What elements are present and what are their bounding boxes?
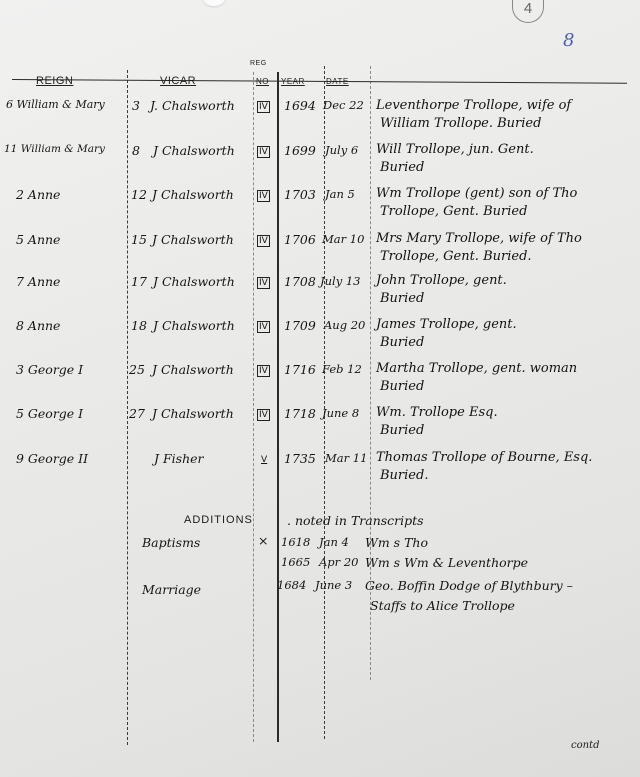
entry-cell: Wm Trollope (gent) son of Tho Trollope, … xyxy=(376,185,577,221)
date-cell: June 3 xyxy=(315,578,352,592)
register-cell: IV xyxy=(257,146,270,158)
additions-label: Marriage xyxy=(142,582,201,597)
entry-line: Thomas Trollope of Bourne, Esq. xyxy=(376,449,592,467)
column-rule-reg-year xyxy=(277,72,279,742)
date-cell: Apr 20 xyxy=(319,555,358,569)
vicar-cell: J Chalsworth xyxy=(153,143,235,158)
reign-cell: 6 William & Mary xyxy=(6,98,105,111)
entry-line: Wm Trollope (gent) son of Tho xyxy=(376,185,577,203)
entry-line: John Trollope, gent. xyxy=(376,272,507,290)
header-vicar: VICAR xyxy=(160,75,196,87)
vicar-cell: J Chalsworth xyxy=(153,318,235,333)
header-date: DATE xyxy=(326,77,349,86)
year-cell: 1665 xyxy=(281,555,310,569)
entry-cell: Leventhorpe Trollope, wife of William Tr… xyxy=(376,97,571,133)
column-rule-vicar-reg xyxy=(253,72,254,742)
year-cell: 1708 xyxy=(284,274,316,289)
additions-title: ADDITIONS xyxy=(184,514,253,526)
reign-cell: 5 George I xyxy=(16,406,83,421)
year-cell: 1706 xyxy=(284,232,316,247)
date-cell: Jan 5 xyxy=(325,187,355,201)
vicar-cell: J Fisher xyxy=(154,451,204,466)
entry-line: James Trollope, gent. xyxy=(376,316,517,334)
year-cell: 1618 xyxy=(281,535,310,549)
entry-cell: Geo. Boffin Dodge of Blythbury – xyxy=(365,578,573,593)
entry-line: Will Trollope, jun. Gent. xyxy=(376,141,534,159)
entry-cell: Wm s Tho xyxy=(365,535,428,550)
register-cell: IV xyxy=(257,365,270,377)
register-cell: IV xyxy=(257,321,270,333)
date-cell: Dec 22 xyxy=(323,98,364,112)
reign-cell: 5 Anne xyxy=(16,232,60,247)
reign-cell: 8 Anne xyxy=(16,318,60,333)
entry-line: Buried xyxy=(376,290,507,308)
entry-cell: Mrs Mary Trollope, wife of Tho Trollope,… xyxy=(376,230,582,266)
date-cell: July 13 xyxy=(320,274,360,288)
reign-cell: 11 William & Mary xyxy=(4,143,105,155)
additions-label: Baptisms xyxy=(142,535,200,550)
continued-note: contd xyxy=(571,740,599,751)
register-cell: V xyxy=(259,454,269,466)
date-cell: Mar 11 xyxy=(325,451,367,465)
vicar-cell: J Chalsworth xyxy=(152,362,234,377)
year-cell: 1703 xyxy=(284,187,316,202)
entry-line: Martha Trollope, gent. woman xyxy=(376,360,577,378)
vicar-number-cell: 27 xyxy=(129,406,145,421)
entry-cell: Wm. Trollope Esq. Buried xyxy=(376,404,498,440)
register-cell: IV xyxy=(257,277,270,289)
punch-hole xyxy=(203,0,225,6)
column-rule-reign-vicar xyxy=(127,70,128,745)
date-cell: Aug 20 xyxy=(324,318,365,332)
register-cell: IV xyxy=(257,190,270,202)
vicar-cell: J Chalsworth xyxy=(152,187,234,202)
header-year: YEAR xyxy=(281,77,305,86)
vicar-number-cell: 8 xyxy=(132,143,140,158)
entry-cell: James Trollope, gent. Buried xyxy=(376,316,517,352)
blue-page-number: 8 xyxy=(563,30,574,51)
entry-cell: Thomas Trollope of Bourne, Esq. Buried. xyxy=(376,449,592,485)
register-cell: IV xyxy=(257,409,270,421)
header-reg-no: NO xyxy=(256,77,269,86)
vicar-number-cell: 12 xyxy=(131,187,147,202)
entry-line: Buried xyxy=(376,422,498,440)
date-cell: Jan 4 xyxy=(319,535,349,549)
reign-cell: 9 George II xyxy=(16,451,88,466)
date-cell: June 8 xyxy=(322,406,359,420)
vicar-cell: J Chalsworth xyxy=(153,274,235,289)
vicar-number-cell: 15 xyxy=(131,232,147,247)
register-cell: IV xyxy=(257,235,270,247)
entry-line: William Trollope. Buried xyxy=(376,115,571,133)
entry-line: Buried. xyxy=(376,467,592,485)
vicar-number-cell: 17 xyxy=(131,274,147,289)
entry-line: Buried xyxy=(376,334,517,352)
header-reign: REIGN xyxy=(36,75,73,87)
entry-cell-continued: Staffs to Alice Trollope xyxy=(370,598,515,613)
date-cell: July 6 xyxy=(325,143,358,157)
circled-page-number: 4 xyxy=(512,0,544,23)
vicar-number-cell: 18 xyxy=(131,318,147,333)
year-cell: 1718 xyxy=(284,406,316,421)
vicar-cell: J Chalsworth xyxy=(152,406,234,421)
vicar-number-cell: 25 xyxy=(129,362,145,377)
entry-cell: Will Trollope, jun. Gent. Buried xyxy=(376,141,534,177)
reign-cell: 3 George I xyxy=(16,362,83,377)
column-rule-year-date xyxy=(324,66,325,739)
year-cell: 1716 xyxy=(284,362,316,377)
cross-mark: × xyxy=(258,533,268,548)
year-cell: 1694 xyxy=(284,98,316,113)
header-rule xyxy=(12,79,627,84)
date-cell: Mar 10 xyxy=(322,232,364,246)
entry-line: Mrs Mary Trollope, wife of Tho xyxy=(376,230,582,248)
entry-line: Buried xyxy=(376,378,577,396)
vicar-cell: J Chalsworth xyxy=(152,232,234,247)
date-cell: Feb 12 xyxy=(322,362,362,376)
reign-cell: 2 Anne xyxy=(16,187,60,202)
year-cell: 1684 xyxy=(277,578,306,592)
year-cell: 1735 xyxy=(284,451,316,466)
vicar-number-cell: 3 xyxy=(132,98,140,113)
entry-cell: Martha Trollope, gent. woman Buried xyxy=(376,360,577,396)
entry-line: Trollope, Gent. Buried xyxy=(376,203,577,221)
entry-line: Trollope, Gent. Buried. xyxy=(376,248,582,266)
additions-note: . noted in Transcripts xyxy=(287,513,424,528)
entry-cell: John Trollope, gent. Buried xyxy=(376,272,507,308)
entry-line: Buried xyxy=(376,159,534,177)
entry-cell: Wm s Wm & Leventhorpe xyxy=(365,555,528,570)
vicar-cell: J. Chalsworth xyxy=(150,98,235,113)
year-cell: 1709 xyxy=(284,318,316,333)
header-reg: REG xyxy=(250,60,267,67)
entry-line: Wm. Trollope Esq. xyxy=(376,404,498,422)
entry-line: Leventhorpe Trollope, wife of xyxy=(376,97,571,115)
reign-cell: 7 Anne xyxy=(16,274,60,289)
register-cell: IV xyxy=(257,101,270,113)
year-cell: 1699 xyxy=(284,143,316,158)
